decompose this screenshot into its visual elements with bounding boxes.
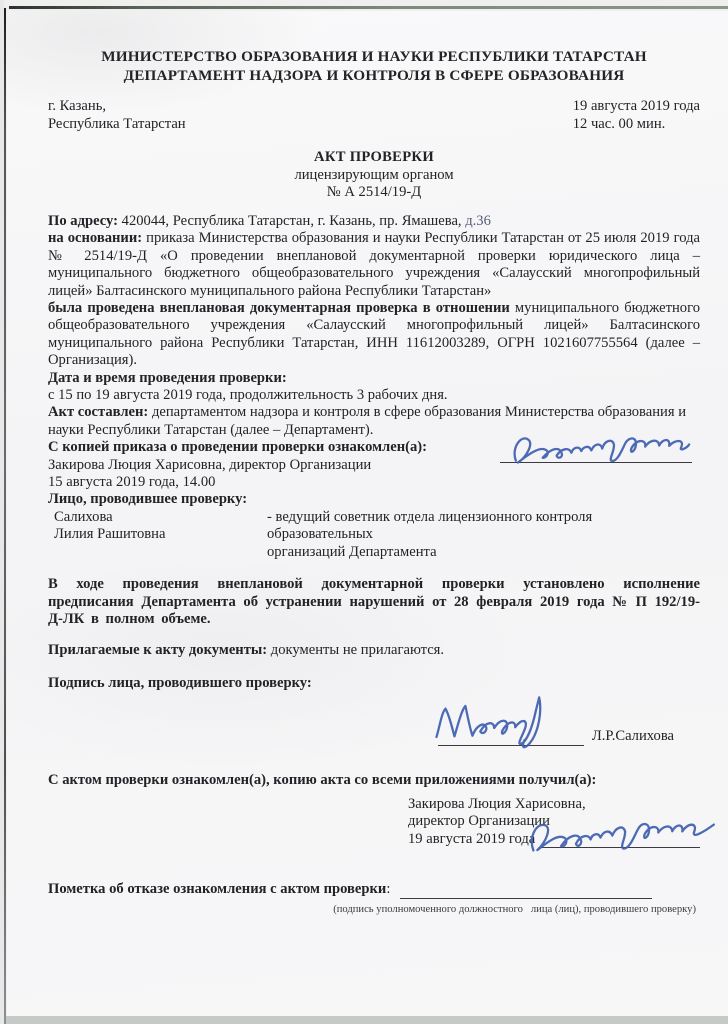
inspector-sign-name: Л.Р.Салихова xyxy=(592,728,674,746)
refusal-colon: : xyxy=(386,881,390,897)
place-city: г. Казань, xyxy=(48,98,186,116)
act-title-block: АКТ ПРОВЕРКИ лицензирующим органом № А 2… xyxy=(48,149,700,202)
refusal-signature-line xyxy=(400,883,652,899)
act-time: 12 час. 00 мин. xyxy=(573,116,700,134)
conducted-bold-text: была проведена внеплановая документарная… xyxy=(48,300,510,316)
place-date-row: г. Казань, Республика Татарстан 19 авгус… xyxy=(48,98,700,133)
document-paper: МИНИСТЕРСТВО ОБРАЗОВАНИЯ И НАУКИ РЕСПУБЛ… xyxy=(7,11,728,1016)
attachments-text: документы не прилагаются. xyxy=(267,642,444,658)
act-date: 19 августа 2019 года xyxy=(573,98,700,116)
address-label: По адресу: xyxy=(48,213,118,229)
scan-edge-left xyxy=(4,8,6,1024)
composed-label: Акт составлен: xyxy=(48,404,148,420)
scanned-document-page: { "document": { "header": { "line1": "МИ… xyxy=(0,0,728,1024)
inspector-label: Лицо, проводившее проверку: xyxy=(48,491,247,507)
ministry-header-line1: МИНИСТЕРСТВО ОБРАЗОВАНИЯ И НАУКИ РЕСПУБЛ… xyxy=(48,47,700,66)
place-republic: Республика Татарстан xyxy=(48,116,186,134)
inspector-name-column: Салихова Лилия Рашитовна xyxy=(48,509,267,561)
refusal-row: Пометка об отказе ознакомления с актом п… xyxy=(48,881,700,898)
inspector-firstname: Лилия Рашитовна xyxy=(54,526,267,543)
conducted-paragraph: была проведена внеплановая документарная… xyxy=(48,300,700,370)
inspector-sign-label: Подпись лица, проводившего проверку: xyxy=(48,675,312,691)
address-house-number: д.36 xyxy=(465,213,491,229)
document-content: МИНИСТЕРСТВО ОБРАЗОВАНИЯ И НАУКИ РЕСПУБЛ… xyxy=(7,11,728,918)
attachments-paragraph: Прилагаемые к акту документы: документы … xyxy=(48,642,700,659)
findings-paragraph: В ходе проведения внеплановой документар… xyxy=(48,576,700,628)
scan-edge-bottom xyxy=(6,1016,728,1024)
director-signature-block xyxy=(500,423,692,463)
refusal-caption: (подпись уполномоченного должностного ли… xyxy=(48,901,700,918)
inspector-role-line2: организаций Департамента xyxy=(267,544,700,561)
ack-date: 19 августа 2019 года xyxy=(408,831,535,849)
copy-label: С копией приказа о проведении проверки о… xyxy=(48,439,427,455)
place-block: г. Казань, Республика Татарстан xyxy=(48,98,186,133)
inspector-signature-block xyxy=(438,699,584,746)
ack-director-block: Закирова Люция Харисовна, директор Орган… xyxy=(408,796,700,849)
inspector-info-block: Салихова Лилия Рашитовна - ведущий совет… xyxy=(48,509,700,561)
ack-label-paragraph: С актом проверки ознакомлен(а), копию ак… xyxy=(48,772,700,789)
copy-acknowledgement-block: С копией приказа о проведении проверки о… xyxy=(48,439,700,491)
inspector-role-column: - ведущий советник отдела лицензионного … xyxy=(267,509,700,561)
datetime-label: Дата и время проведения проверки: xyxy=(48,370,287,386)
ministry-header: МИНИСТЕРСТВО ОБРАЗОВАНИЯ И НАУКИ РЕСПУБЛ… xyxy=(48,47,700,85)
attachments-label: Прилагаемые к акту документы: xyxy=(48,642,267,658)
refusal-label-text: Пометка об отказе ознакомления с актом п… xyxy=(48,881,390,898)
inspector-label-paragraph: Лицо, проводившее проверку: xyxy=(48,491,700,508)
act-body: По адресу: 420044, Республика Татарстан,… xyxy=(48,213,700,918)
ack-signature-line xyxy=(541,831,700,848)
inspector-surname: Салихова xyxy=(54,509,267,526)
basis-paragraph: на основании: приказа Министерства образ… xyxy=(48,230,700,300)
inspector-signature-row: Л.Р.Салихова xyxy=(48,694,700,746)
scan-edge-top xyxy=(9,6,728,9)
ministry-header-line2: ДЕПАРТАМЕНТ НАДЗОРА И КОНТРОЛЯ В СФЕРЕ О… xyxy=(48,66,700,85)
act-number: № А 2514/19-Д xyxy=(48,184,700,202)
datetime-label-paragraph: Дата и время проведения проверки: xyxy=(48,370,700,387)
address-text: 420044, Республика Татарстан, г. Казань,… xyxy=(118,213,465,229)
basis-label: на основании: xyxy=(48,230,142,246)
copy-datetime: 15 августа 2019 года, 14.00 xyxy=(48,474,700,491)
inspector-role-line1: - ведущий советник отдела лицензионного … xyxy=(267,509,700,544)
basis-text: приказа Министерства образования и науки… xyxy=(48,230,700,298)
address-paragraph: По адресу: 420044, Республика Татарстан,… xyxy=(48,213,700,230)
refusal-label: Пометка об отказе ознакомления с актом п… xyxy=(48,881,386,897)
act-title: АКТ ПРОВЕРКИ xyxy=(48,149,700,167)
salikhova-signature xyxy=(429,689,557,755)
datetime-value-paragraph: с 15 по 19 августа 2019 года, продолжите… xyxy=(48,387,700,404)
inspector-sign-label-paragraph: Подпись лица, проводившего проверку: xyxy=(48,675,700,692)
date-block: 19 августа 2019 года 12 час. 00 мин. xyxy=(573,98,700,133)
act-subtitle: лицензирующим органом xyxy=(48,167,700,185)
ack-date-row: 19 августа 2019 года xyxy=(408,831,700,849)
